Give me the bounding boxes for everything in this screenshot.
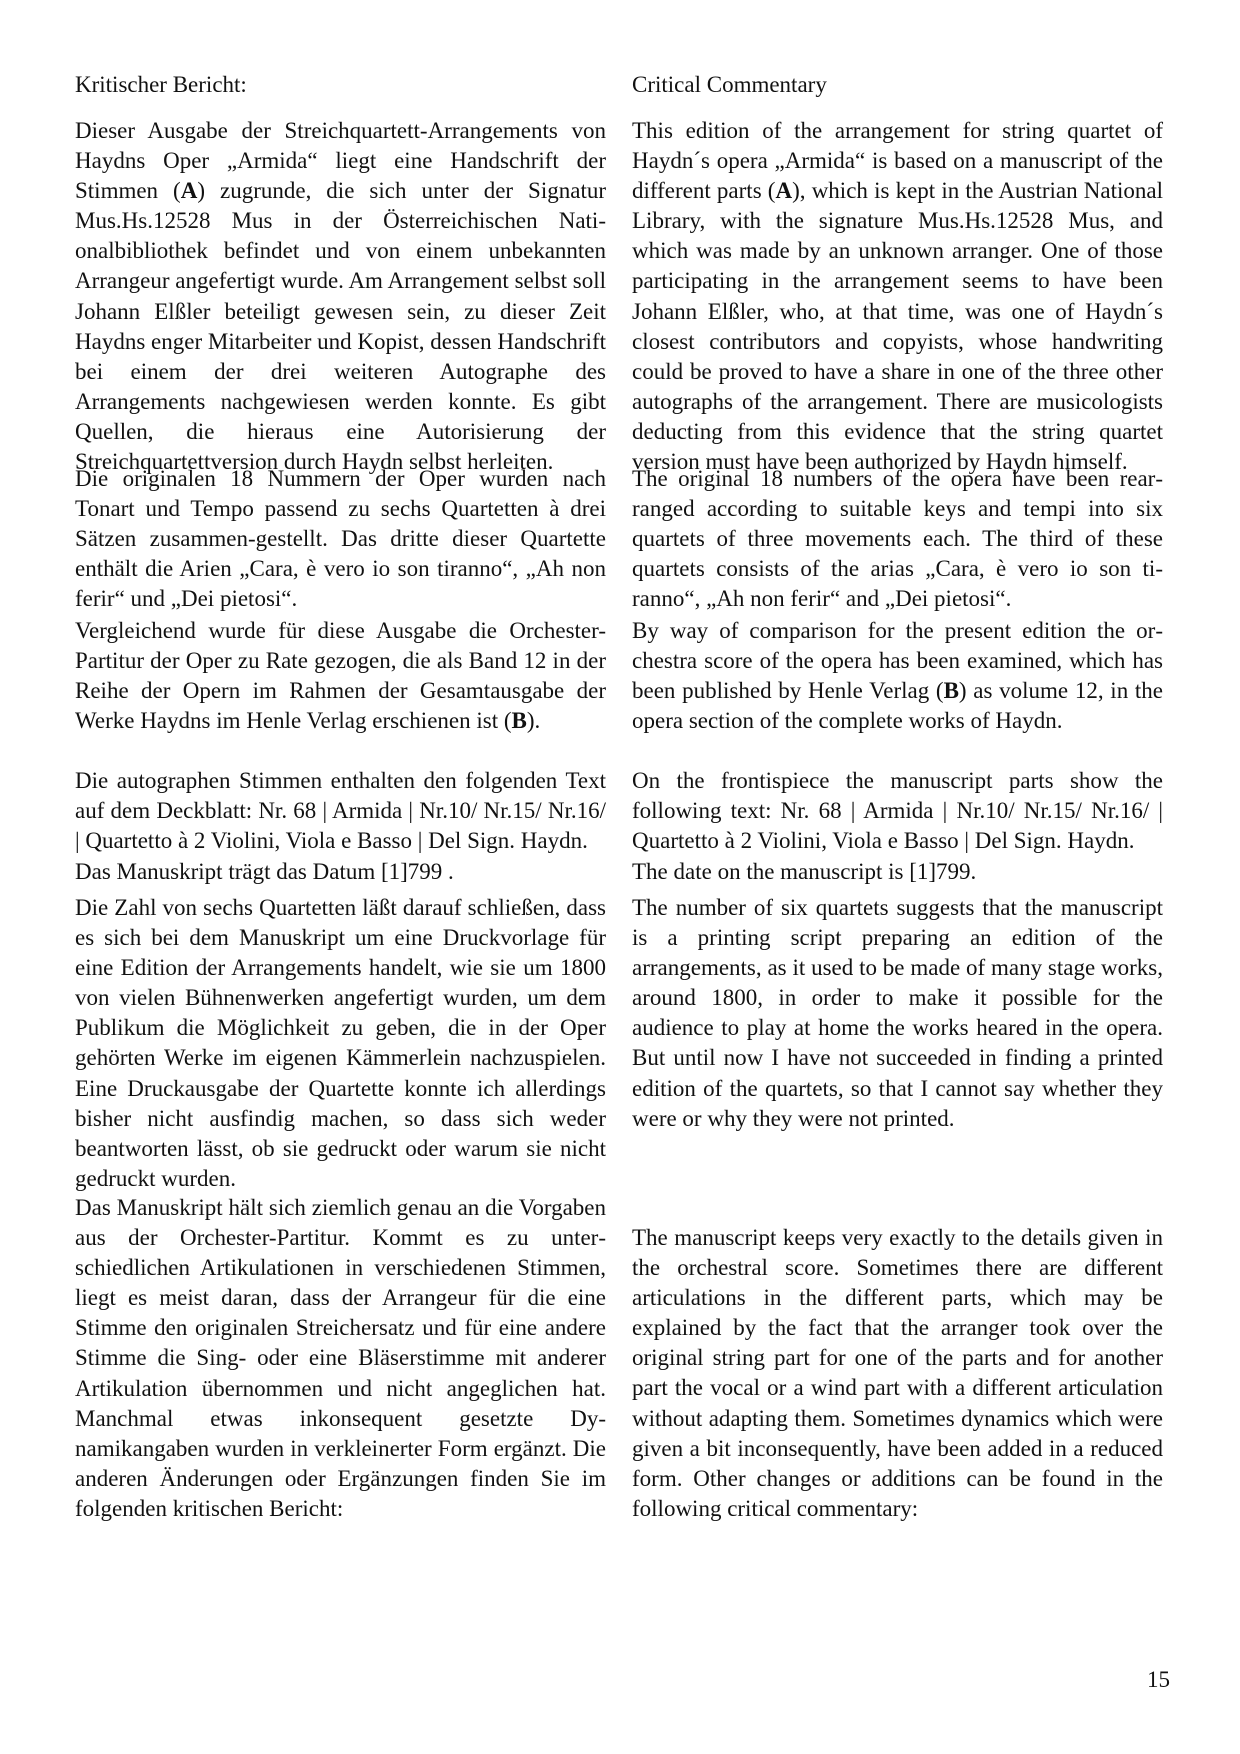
left-paragraph-6-print-template: Die Zahl von sechs Quartetten läßt darau… <box>75 893 606 1194</box>
right-paragraph-4-title-page: On the frontispiece the manuscript parts… <box>632 766 1163 856</box>
left-paragraph-1-source-description: Dieser Ausgabe der Streichquartett-Arran… <box>75 116 606 477</box>
page-number: 15 <box>1130 1665 1170 1695</box>
source-siglum-b: B <box>512 708 527 733</box>
right-paragraph-6-print-template: The number of six quartets suggests that… <box>632 893 1163 1134</box>
source-siglum-a: A <box>181 178 198 203</box>
heading-critical-commentary: Critical Commentary <box>632 70 827 100</box>
right-paragraph-2-structure: The original 18 numbers of the opera hav… <box>632 464 1163 614</box>
right-paragraph-1-source-description: This edition of the arrangement for stri… <box>632 116 1163 477</box>
right-paragraph-3-comparison: By way of comparison for the present edi… <box>632 616 1163 736</box>
document-page: Kritischer Bericht: Dieser Ausgabe der S… <box>0 0 1240 1754</box>
left-paragraph-5-date: Das Manuskript trägt das Datum [1]799 . <box>75 857 606 887</box>
left-paragraph-4-title-page: Die autographen Stimmen enthalten den fo… <box>75 766 606 856</box>
source-siglum-a: A <box>775 178 792 203</box>
left-paragraph-2-structure: Die originalen 18 Nummern der Oper wurde… <box>75 464 606 614</box>
heading-kritischer-bericht: Kritischer Bericht: <box>75 70 247 100</box>
right-paragraph-7-editorial-notes: The manuscript keeps very exactly to the… <box>632 1223 1163 1524</box>
source-siglum-b: B <box>944 678 959 703</box>
left-paragraph-7-editorial-notes: Das Manuskript hält sich ziemlich genau … <box>75 1193 606 1524</box>
left-paragraph-3-comparison: Vergleichend wurde für diese Ausgabe die… <box>75 616 606 736</box>
right-paragraph-5-date: The date on the manuscript is [1]799. <box>632 857 1163 887</box>
